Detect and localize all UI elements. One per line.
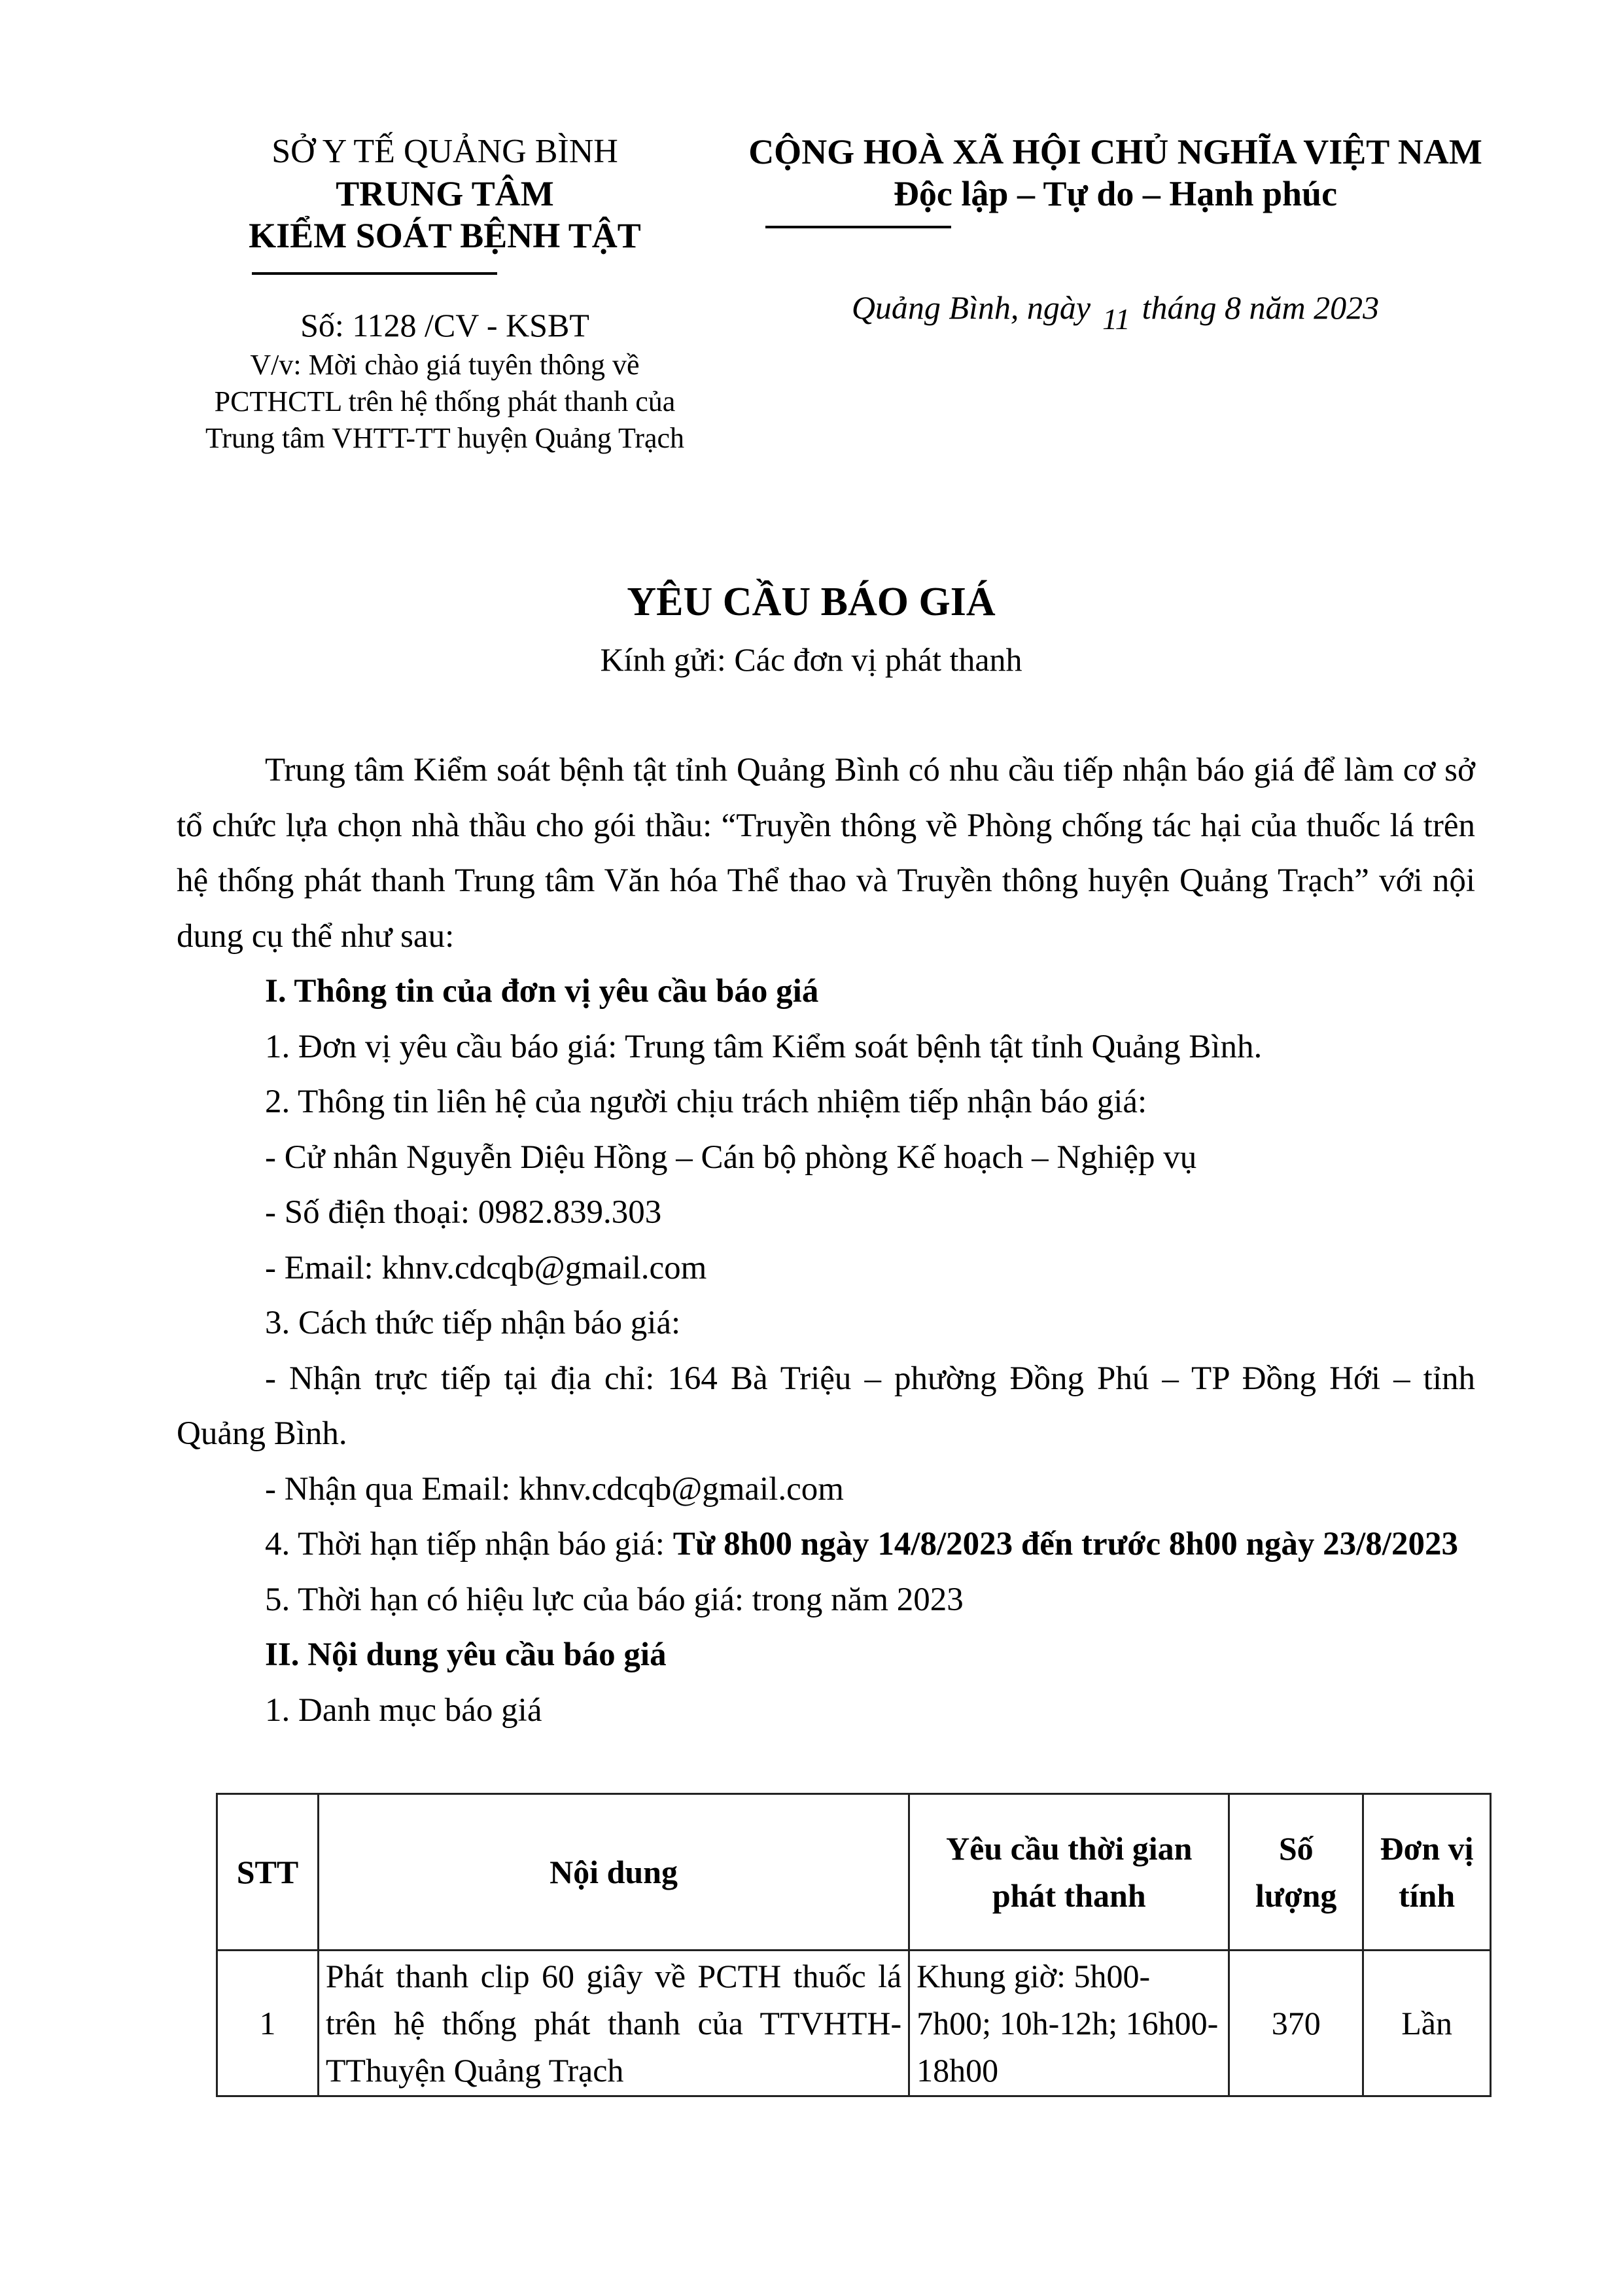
issuer-underline <box>252 272 497 275</box>
cell-qty: 370 <box>1229 1951 1363 2096</box>
cell-unit: Lần <box>1363 1951 1491 2096</box>
requester-unit: 1. Đơn vị yêu cầu báo giá: Trung tâm Kiể… <box>265 1019 1475 1075</box>
cell-time: Khung giờ: 5h00-7h00; 10h-12h; 16h00-18h… <box>909 1951 1229 2096</box>
section-2-heading: II. Nội dung yêu cầu báo giá <box>265 1627 1475 1683</box>
cell-content: Phát thanh clip 60 giây về PCTH thuốc lá… <box>318 1951 909 2096</box>
header-content: Nội dung <box>318 1794 909 1951</box>
nation-name: CỘNG HOÀ XÃ HỘI CHỦ NGHĨA VIỆT NAM <box>700 131 1531 173</box>
document-date: Quảng Bình, ngày11tháng 8 năm 2023 <box>700 288 1531 328</box>
section-1-heading: I. Thông tin của đơn vị yêu cầu báo giá <box>265 964 1475 1019</box>
receive-direct: - Nhận trực tiếp tại địa chỉ: 164 Bà Tri… <box>177 1351 1475 1462</box>
date-day: 11 <box>1102 302 1130 336</box>
receive-email: - Nhận qua Email: khnv.cdcqb@gmail.com <box>265 1462 1475 1517</box>
intro-paragraph: Trung tâm Kiểm soát bệnh tật tỉnh Quảng … <box>177 743 1475 964</box>
national-motto: Độc lập – Tự do – Hạnh phúc <box>700 173 1531 215</box>
cell-stt: 1 <box>217 1951 319 2096</box>
contact-person: - Cử nhân Nguyễn Diệu Hồng – Cán bộ phòn… <box>265 1130 1475 1186</box>
issuer-ministry: SỞ Y TẾ QUẢNG BÌNH <box>183 131 707 173</box>
national-heading: CỘNG HOÀ XÃ HỘI CHỦ NGHĨA VIỆT NAM Độc l… <box>700 131 1531 215</box>
deadline-label: 4. Thời hạn tiếp nhận báo giá: <box>265 1526 673 1563</box>
document-number: Số: 1128 /CV - KSBT <box>183 308 707 343</box>
table-header-row: STT Nội dung Yêu cầu thời gian phát than… <box>217 1794 1491 1951</box>
salutation: Kính gửi: Các đơn vị phát thanh <box>183 638 1439 681</box>
header-unit: Đơn vị tính <box>1363 1794 1491 1951</box>
header-qty: Số lượng <box>1229 1794 1363 1951</box>
quote-items-table: STT Nội dung Yêu cầu thời gian phát than… <box>216 1793 1492 2097</box>
issuer-agency-line2: KIỂM SOÁT BỆNH TẬT <box>183 215 707 256</box>
quote-list-heading: 1. Danh mục báo giá <box>265 1683 1475 1739</box>
motto-underline <box>765 226 951 228</box>
contact-info-heading: 2. Thông tin liên hệ của người chịu trác… <box>265 1074 1475 1130</box>
validity-period: 5. Thời hạn có hiệu lực của báo giá: tro… <box>265 1572 1475 1628</box>
receive-method-heading: 3. Cách thức tiếp nhận báo giá: <box>265 1296 1475 1351</box>
issuer-block: SỞ Y TẾ QUẢNG BÌNH TRUNG TÂM KIỂM SOÁT B… <box>183 131 707 256</box>
document-title: YÊU CẦU BÁO GIÁ <box>183 576 1439 628</box>
date-prefix: Quảng Bình, ngày <box>852 289 1091 326</box>
issuer-agency-line1: TRUNG TÂM <box>183 173 707 215</box>
document-subject: V/v: Mời chào giá tuyên thông về PCTHCTL… <box>183 347 707 457</box>
header-stt: STT <box>217 1794 319 1951</box>
date-suffix: tháng 8 năm 2023 <box>1142 289 1380 326</box>
document-body: Trung tâm Kiểm soát bệnh tật tỉnh Quảng … <box>219 743 1475 1738</box>
contact-phone: - Số điện thoại: 0982.839.303 <box>265 1185 1475 1241</box>
deadline: 4. Thời hạn tiếp nhận báo giá: Từ 8h00 n… <box>177 1517 1475 1572</box>
deadline-value: Từ 8h00 ngày 14/8/2023 đến trước 8h00 ng… <box>673 1526 1458 1563</box>
header-time: Yêu cầu thời gian phát thanh <box>909 1794 1229 1951</box>
table-row: 1 Phát thanh clip 60 giây về PCTH thuốc … <box>217 1951 1491 2096</box>
contact-email: - Email: khnv.cdcqb@gmail.com <box>265 1241 1475 1296</box>
